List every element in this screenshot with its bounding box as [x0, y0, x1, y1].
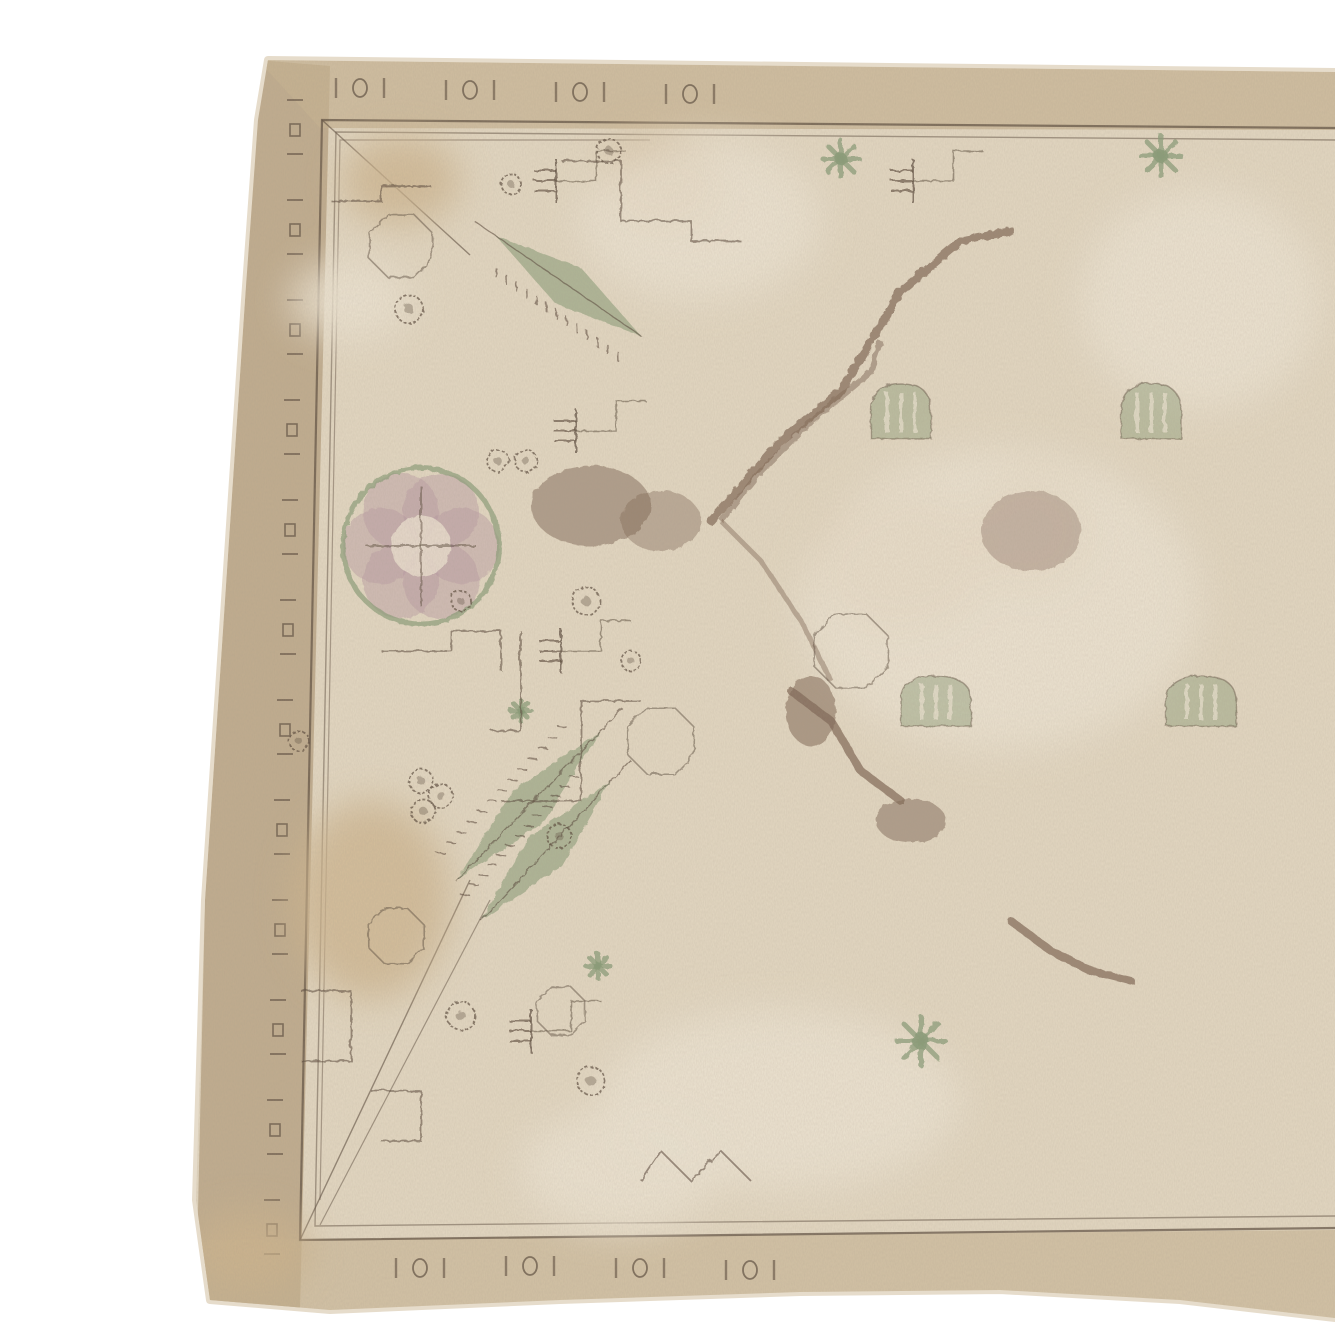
weave-texture [0, 0, 1335, 1335]
rug-illustration [0, 0, 1335, 1335]
rug-photo [0, 0, 1335, 1335]
